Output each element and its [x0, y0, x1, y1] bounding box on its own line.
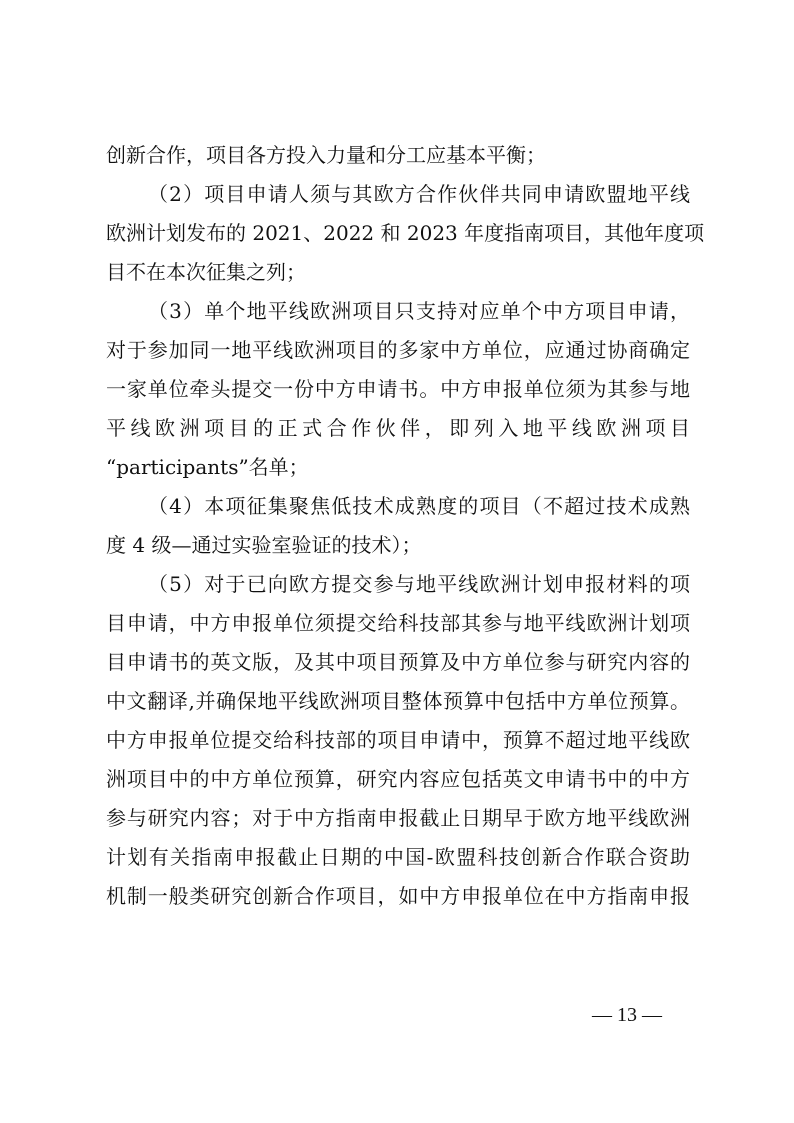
text-line-16: 中方申报单位提交给科技部的项目申请中，预算不超过地平线欧 — [106, 721, 690, 760]
text-line-4: 目不在本次征集之列； — [106, 253, 690, 292]
text-line-20: 机制一般类研究创新合作项目，如中方申报单位在中方指南申报 — [106, 877, 690, 916]
text-line-6: 对于参加同一地平线欧洲项目的多家中方单位，应通过协商确定 — [106, 331, 690, 370]
page-number: — 13 — — [592, 1002, 672, 1028]
text-line-15: 中文翻译,并确保地平线欧洲项目整体预算中包括中方单位预算。 — [106, 682, 690, 721]
text-line-9: “participants”名单； — [106, 448, 690, 487]
text-line-14: 目申请书的英文版，及其中项目预算及中方单位参与研究内容的 — [106, 643, 690, 682]
text-line-7: 一家单位牵头提交一份中方申请书。中方申报单位须为其参与地 — [106, 370, 690, 409]
text-line-18: 参与研究内容；对于中方指南申报截止日期早于欧方地平线欧洲 — [106, 799, 690, 838]
text-line-10: （4）本项征集聚焦低技术成熟度的项目（不超过技术成熟 — [106, 487, 690, 526]
text-line-13: 目申请，中方申报单位须提交给科技部其参与地平线欧洲计划项 — [106, 604, 690, 643]
text-line-1: 创新合作，项目各方投入力量和分工应基本平衡； — [106, 136, 690, 175]
text-line-3: 欧洲计划发布的 2021、2022 和 2023 年度指南项目，其他年度项 — [106, 214, 690, 253]
text-line-2: （2）项目申请人须与其欧方合作伙伴共同申请欧盟地平线 — [106, 175, 690, 214]
text-line-5: （3）单个地平线欧洲项目只支持对应单个中方项目申请， — [106, 292, 690, 331]
text-line-12: （5）对于已向欧方提交参与地平线欧洲计划申报材料的项 — [106, 565, 690, 604]
document-body: 创新合作，项目各方投入力量和分工应基本平衡； （2）项目申请人须与其欧方合作伙伴… — [106, 136, 690, 916]
text-line-8: 平线欧洲项目的正式合作伙伴，即列入地平线欧洲项目 — [106, 409, 690, 448]
text-line-11: 度 4 级—通过实验室验证的技术）； — [106, 526, 690, 565]
text-line-19: 计划有关指南申报截止日期的中国-欧盟科技创新合作联合资助 — [106, 838, 690, 877]
text-line-17: 洲项目中的中方单位预算，研究内容应包括英文申请书中的中方 — [106, 760, 690, 799]
